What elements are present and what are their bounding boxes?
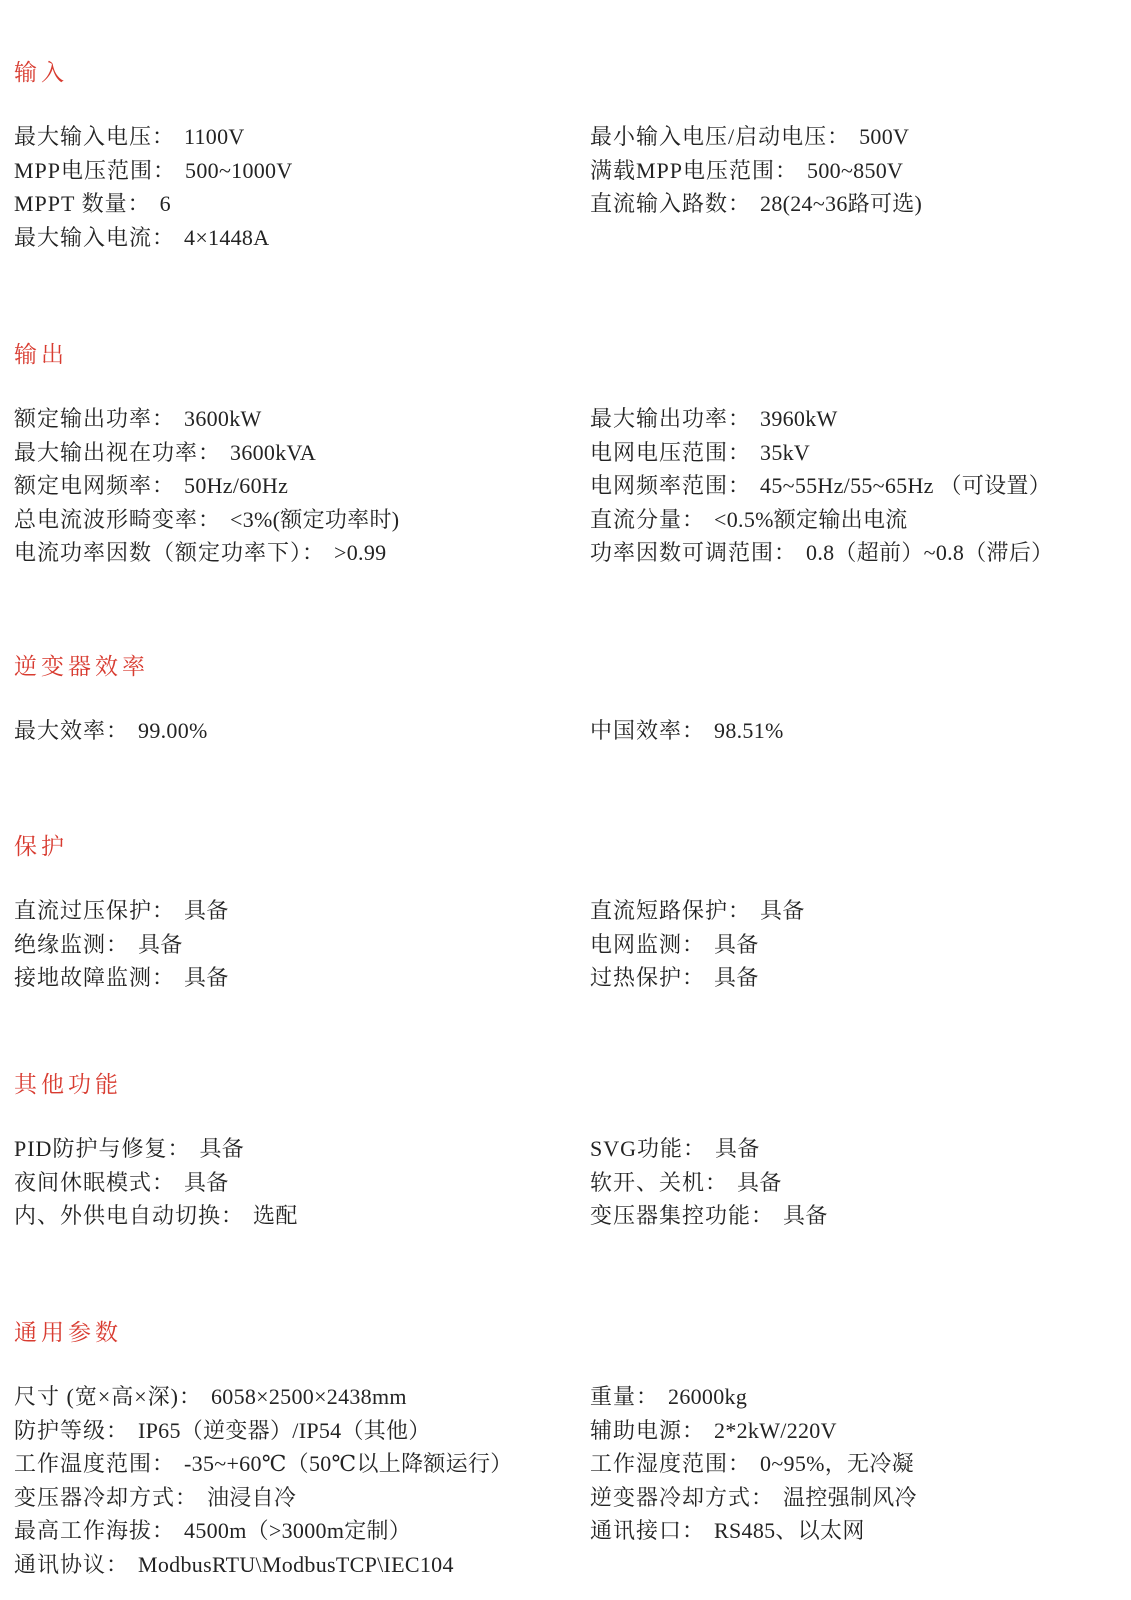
spec-label: 最高工作海拔： [14,1518,175,1543]
spec-label: 直流过压保护： [14,898,175,923]
spec-label: 通讯协议： [14,1552,129,1577]
spec-item: 直流过压保护：具备 [14,894,580,928]
spec-value: 3600kVA [230,440,316,465]
spec-item: 直流短路保护：具备 [580,894,1131,928]
spec-label: 变压器集控功能： [590,1203,774,1228]
spec-value: 具备 [714,965,759,990]
spec-label: 工作湿度范围： [590,1451,751,1476]
spec-label: MPP电压范围： [14,158,176,183]
spec-row: 绝缘监测：具备 电网监测：具备 [14,928,1131,962]
spec-label: 电网频率范围： [590,473,751,498]
spec-label: 最大输入电流： [14,225,175,250]
spec-item: 最大输出功率：3960kW [580,402,1131,436]
spec-row: PID防护与修复：具备 SVG功能：具备 [14,1132,1131,1166]
spec-label: 中国效率： [590,718,705,743]
spec-value: 油浸自冷 [207,1485,296,1510]
spec-label: 最大输出视在功率： [14,440,221,465]
section-rows: 直流过压保护：具备 直流短路保护：具备 绝缘监测：具备 电网监测：具备 接地故障… [14,894,1131,995]
spec-item: 绝缘监测：具备 [14,928,580,962]
spec-value: 具备 [783,1203,828,1228]
section-title-protection: 保护 [14,832,1131,862]
spec-row: 接地故障监测：具备 过热保护：具备 [14,961,1131,995]
spec-item: 接地故障监测：具备 [14,961,580,995]
spec-label: 软开、关机： [590,1170,728,1195]
spec-label: 尺寸 (宽×高×深)： [14,1384,202,1409]
spec-value: 具备 [715,1136,760,1161]
spec-value: 98.51% [714,718,784,743]
spec-value: 具备 [199,1136,244,1161]
spec-value: <0.5%额定输出电流 [714,507,908,532]
spec-item: 直流分量：<0.5%额定输出电流 [580,503,1131,537]
spec-item: 直流输入路数：28(24~36路可选) [580,187,1131,221]
spec-value: 具备 [138,932,183,957]
spec-value: 1100V [184,124,245,149]
spec-item: 逆变器冷却方式：温控强制风冷 [580,1481,1131,1515]
section-protection: 保护 直流过压保护：具备 直流短路保护：具备 绝缘监测：具备 电网监测：具备 接… [14,832,1131,995]
spec-value: 0~95%，无冷凝 [760,1451,914,1476]
spec-value: 具备 [184,965,229,990]
spec-value: 45~55Hz/55~65Hz （可设置） [760,473,1051,498]
spec-label: SVG功能： [590,1136,706,1161]
spec-label: 功率因数可调范围： [590,540,797,565]
spec-item: 额定输出功率：3600kW [14,402,580,436]
spec-row: 额定电网频率：50Hz/60Hz 电网频率范围：45~55Hz/55~65Hz … [14,469,1131,503]
spec-item: 内、外供电自动切换：选配 [14,1199,580,1233]
spec-label: 满载MPP电压范围： [590,158,798,183]
spec-value: 500~1000V [185,158,293,183]
spec-row: 直流过压保护：具备 直流短路保护：具备 [14,894,1131,928]
spec-value: 具备 [760,898,805,923]
spec-label: 变压器冷却方式： [14,1485,198,1510]
spec-value: 6 [160,191,171,216]
spec-row: 尺寸 (宽×高×深)：6058×2500×2438mm 重量：26000kg [14,1380,1131,1414]
spec-item: 工作温度范围：-35~+60℃（50℃以上降额运行） [14,1447,580,1481]
spec-label: 额定输出功率： [14,406,175,431]
spec-value: 具备 [184,898,229,923]
spec-label: 逆变器冷却方式： [590,1485,774,1510]
spec-item: 功率因数可调范围：0.8（超前）~0.8（滞后） [580,536,1131,570]
spec-value: IP65（逆变器）/IP54（其他） [138,1418,431,1443]
spec-value: 具备 [737,1170,782,1195]
spec-value: 6058×2500×2438mm [211,1384,407,1409]
spec-row: 最大输入电流：4×1448A [14,221,1131,255]
spec-item: MPP电压范围：500~1000V [14,154,580,188]
spec-row: 最大输出视在功率：3600kVA 电网电压范围：35kV [14,436,1131,470]
section-general-parameters: 通用参数 尺寸 (宽×高×深)：6058×2500×2438mm 重量：2600… [14,1318,1131,1581]
spec-item: MPPT 数量：6 [14,187,580,221]
section-title-general-parameters: 通用参数 [14,1318,1131,1348]
spec-item: 最高工作海拔：4500m（>3000m定制） [14,1514,580,1548]
section-title-other-functions: 其他功能 [14,1070,1131,1100]
spec-value: -35~+60℃（50℃以上降额运行） [184,1451,513,1476]
spec-label: 夜间休眠模式： [14,1170,175,1195]
spec-item: 辅助电源：2*2kW/220V [580,1414,1131,1448]
spec-row: 最高工作海拔：4500m（>3000m定制） 通讯接口：RS485、以太网 [14,1514,1131,1548]
spec-label: 防护等级： [14,1418,129,1443]
spec-label: MPPT 数量： [14,191,151,216]
spec-label: 最大输出功率： [590,406,751,431]
section-output: 输出 额定输出功率：3600kW 最大输出功率：3960kW 最大输出视在功率：… [14,340,1131,570]
section-rows: 尺寸 (宽×高×深)：6058×2500×2438mm 重量：26000kg 防… [14,1380,1131,1581]
spec-item: 满载MPP电压范围：500~850V [580,154,1131,188]
spec-item: 变压器集控功能：具备 [580,1199,1131,1233]
spec-label: 重量： [590,1384,659,1409]
spec-item: 软开、关机：具备 [580,1166,1131,1200]
spec-row: MPP电压范围：500~1000V 满载MPP电压范围：500~850V [14,154,1131,188]
spec-value: 35kV [760,440,810,465]
section-rows: 额定输出功率：3600kW 最大输出功率：3960kW 最大输出视在功率：360… [14,402,1131,570]
spec-label: 额定电网频率： [14,473,175,498]
spec-label: 内、外供电自动切换： [14,1203,244,1228]
spec-label: 工作温度范围： [14,1451,175,1476]
spec-item: 最大输入电压：1100V [14,120,580,154]
spec-value: 具备 [714,932,759,957]
spec-item: 最大效率：99.00% [14,714,580,748]
spec-value: RS485、以太网 [714,1518,865,1543]
spec-item: 最大输入电流：4×1448A [14,221,580,255]
spec-row: 夜间休眠模式：具备 软开、关机：具备 [14,1166,1131,1200]
spec-value: 具备 [184,1170,229,1195]
spec-value: 500V [859,124,909,149]
spec-item: 额定电网频率：50Hz/60Hz [14,469,580,503]
spec-label: 绝缘监测： [14,932,129,957]
spec-row: MPPT 数量：6 直流输入路数：28(24~36路可选) [14,187,1131,221]
spec-item: 过热保护：具备 [580,961,1131,995]
spec-item-empty [580,221,1131,255]
spec-value: 2*2kW/220V [714,1418,837,1443]
spec-label: 过热保护： [590,965,705,990]
spec-item: 电网电压范围：35kV [580,436,1131,470]
spec-item: 重量：26000kg [580,1380,1131,1414]
spec-label: 最大输入电压： [14,124,175,149]
spec-value: ModbusRTU\ModbusTCP\IEC104 [138,1552,454,1577]
spec-row: 内、外供电自动切换：选配 变压器集控功能：具备 [14,1199,1131,1233]
spec-item: 尺寸 (宽×高×深)：6058×2500×2438mm [14,1380,580,1414]
spec-item: 电网监测：具备 [580,928,1131,962]
section-rows: PID防护与修复：具备 SVG功能：具备 夜间休眠模式：具备 软开、关机：具备 … [14,1132,1131,1233]
spec-label: 直流短路保护： [590,898,751,923]
spec-item: 防护等级：IP65（逆变器）/IP54（其他） [14,1414,580,1448]
spec-item: 通讯协议：ModbusRTU\ModbusTCP\IEC104 [14,1548,580,1582]
spec-label: 辅助电源： [590,1418,705,1443]
spec-value: 26000kg [668,1384,747,1409]
section-title-input: 输入 [14,58,1131,88]
spec-row: 防护等级：IP65（逆变器）/IP54（其他） 辅助电源：2*2kW/220V [14,1414,1131,1448]
spec-value: 99.00% [138,718,208,743]
section-rows: 最大效率：99.00% 中国效率：98.51% [14,714,1131,748]
spec-value: 500~850V [807,158,903,183]
spec-item: 工作湿度范围：0~95%，无冷凝 [580,1447,1131,1481]
spec-value: >0.99 [334,540,386,565]
section-other-functions: 其他功能 PID防护与修复：具备 SVG功能：具备 夜间休眠模式：具备 软开、关… [14,1070,1131,1233]
spec-label: 电网电压范围： [590,440,751,465]
spec-row: 总电流波形畸变率：<3%(额定功率时) 直流分量：<0.5%额定输出电流 [14,503,1131,537]
spec-value: 3960kW [760,406,838,431]
spec-value: 50Hz/60Hz [184,473,288,498]
spec-item: PID防护与修复：具备 [14,1132,580,1166]
spec-item: 夜间休眠模式：具备 [14,1166,580,1200]
spec-row: 额定输出功率：3600kW 最大输出功率：3960kW [14,402,1131,436]
spec-value: 0.8（超前）~0.8（滞后） [806,540,1053,565]
spec-item: 电网频率范围：45~55Hz/55~65Hz （可设置） [580,469,1131,503]
spec-item: 最小输入电压/启动电压：500V [580,120,1131,154]
spec-row: 变压器冷却方式：油浸自冷 逆变器冷却方式：温控强制风冷 [14,1481,1131,1515]
spec-row: 通讯协议：ModbusRTU\ModbusTCP\IEC104 [14,1548,1131,1582]
spec-label: 通讯接口： [590,1518,705,1543]
spec-row: 最大输入电压：1100V 最小输入电压/启动电压：500V [14,120,1131,154]
spec-label: 电网监测： [590,932,705,957]
spec-label: 最小输入电压/启动电压： [590,124,850,149]
spec-label: 接地故障监测： [14,965,175,990]
spec-item: 电流功率因数（额定功率下）：>0.99 [14,536,580,570]
spec-value: 4500m（>3000m定制） [184,1518,411,1543]
spec-label: 直流输入路数： [590,191,751,216]
spec-label: 总电流波形畸变率： [14,507,221,532]
spec-item: 通讯接口：RS485、以太网 [580,1514,1131,1548]
spec-value: 温控强制风冷 [783,1485,917,1510]
spec-label: PID防护与修复： [14,1136,190,1161]
spec-value: 选配 [253,1203,298,1228]
spec-value: 3600kW [184,406,262,431]
section-efficiency: 逆变器效率 最大效率：99.00% 中国效率：98.51% [14,652,1131,748]
section-title-output: 输出 [14,340,1131,370]
section-rows: 最大输入电压：1100V 最小输入电压/启动电压：500V MPP电压范围：50… [14,120,1131,254]
spec-row: 工作温度范围：-35~+60℃（50℃以上降额运行） 工作湿度范围：0~95%，… [14,1447,1131,1481]
spec-value: 28(24~36路可选) [760,191,922,216]
spec-label: 直流分量： [590,507,705,532]
spec-item: 变压器冷却方式：油浸自冷 [14,1481,580,1515]
spec-row: 电流功率因数（额定功率下）：>0.99 功率因数可调范围：0.8（超前）~0.8… [14,536,1131,570]
spec-row: 最大效率：99.00% 中国效率：98.51% [14,714,1131,748]
spec-label: 最大效率： [14,718,129,743]
spec-value: 4×1448A [184,225,269,250]
spec-label: 电流功率因数（额定功率下）： [14,540,325,565]
spec-item: 最大输出视在功率：3600kVA [14,436,580,470]
spec-item: SVG功能：具备 [580,1132,1131,1166]
spec-item: 中国效率：98.51% [580,714,1131,748]
spec-value: <3%(额定功率时) [230,507,399,532]
spec-sheet: { "page": { "background": "#ffffff", "ac… [0,0,1131,1600]
spec-item: 总电流波形畸变率：<3%(额定功率时) [14,503,580,537]
spec-item-empty [580,1548,1131,1582]
section-input: 输入 最大输入电压：1100V 最小输入电压/启动电压：500V MPP电压范围… [14,58,1131,254]
section-title-efficiency: 逆变器效率 [14,652,1131,682]
